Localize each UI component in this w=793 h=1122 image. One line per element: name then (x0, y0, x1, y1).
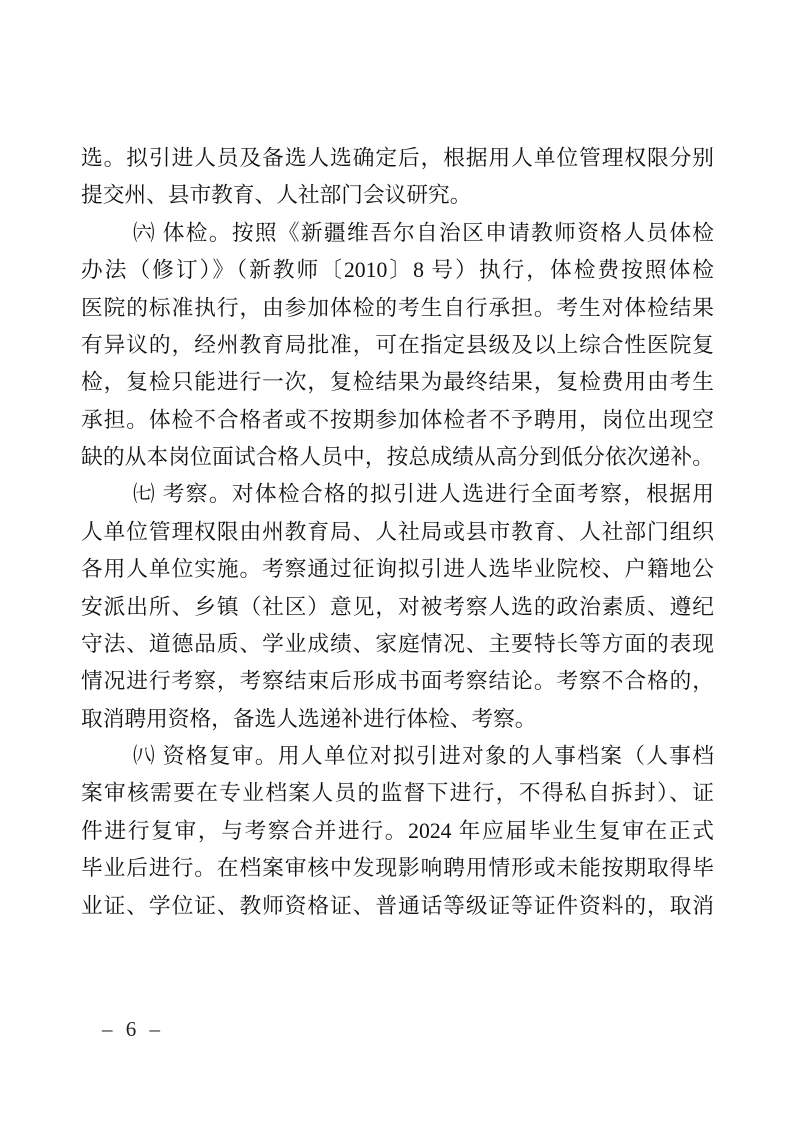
text-line: 毕业后进行。在档案审核中发现影响聘用情形或未能按期取得毕 (81, 850, 714, 887)
text-line: 医院的标准执行，由参加体检的考生自行承担。考生对体检结果 (81, 290, 714, 327)
text-line: ㈧ 资格复审。用人单位对拟引进对象的人事档案（人事档 (81, 738, 714, 775)
text-line: 提交州、县市教育、人社部门会议研究。 (81, 177, 714, 214)
text-line: 人单位管理权限由州教育局、人社局或县市教育、人社部门组织 (81, 514, 714, 551)
text-line: 取消聘用资格，备选人选递补进行体检、考察。 (81, 701, 714, 738)
document-body: 选。拟引进人员及备选人选确定后，根据用人单位管理权限分别提交州、县市教育、人社部… (81, 140, 714, 925)
text-line: 承担。体检不合格者或不按期参加体检者不予聘用，岗位出现空 (81, 402, 714, 439)
page-number: – 6 – (102, 1016, 164, 1042)
text-line: 情况进行考察，考察结束后形成书面考察结论。考察不合格的， (81, 663, 714, 700)
text-line: 选。拟引进人员及备选人选确定后，根据用人单位管理权限分别 (81, 140, 714, 177)
text-line: 有异议的，经州教育局批准，可在指定县级及以上综合性医院复 (81, 327, 714, 364)
text-line: 案审核需要在专业档案人员的监督下进行，不得私自拆封）、证 (81, 775, 714, 812)
text-line: 件进行复审，与考察合并进行。2024 年应届毕业生复审在正式 (81, 813, 714, 850)
text-line: 业证、学位证、教师资格证、普通话等级证等证件资料的，取消 (81, 888, 714, 925)
text-line: 安派出所、乡镇（社区）意见，对被考察人选的政治素质、遵纪 (81, 589, 714, 626)
text-line: ㈥ 体检。按照《新疆维吾尔自治区申请教师资格人员体检 (81, 215, 714, 252)
text-line: 守法、道德品质、学业成绩、家庭情况、主要特长等方面的表现 (81, 626, 714, 663)
document-page: 选。拟引进人员及备选人选确定后，根据用人单位管理权限分别提交州、县市教育、人社部… (0, 0, 793, 1122)
text-line: ㈦ 考察。对体检合格的拟引进人选进行全面考察，根据用 (81, 476, 714, 513)
text-line: 检，复检只能进行一次，复检结果为最终结果，复检费用由考生 (81, 364, 714, 401)
text-line: 缺的从本岗位面试合格人员中，按总成绩从高分到低分依次递补。 (81, 439, 714, 476)
text-line: 办法（修订）》（新教师〔2010〕8 号）执行，体检费按照体检 (81, 252, 714, 289)
text-line: 各用人单位实施。考察通过征询拟引进人选毕业院校、户籍地公 (81, 551, 714, 588)
